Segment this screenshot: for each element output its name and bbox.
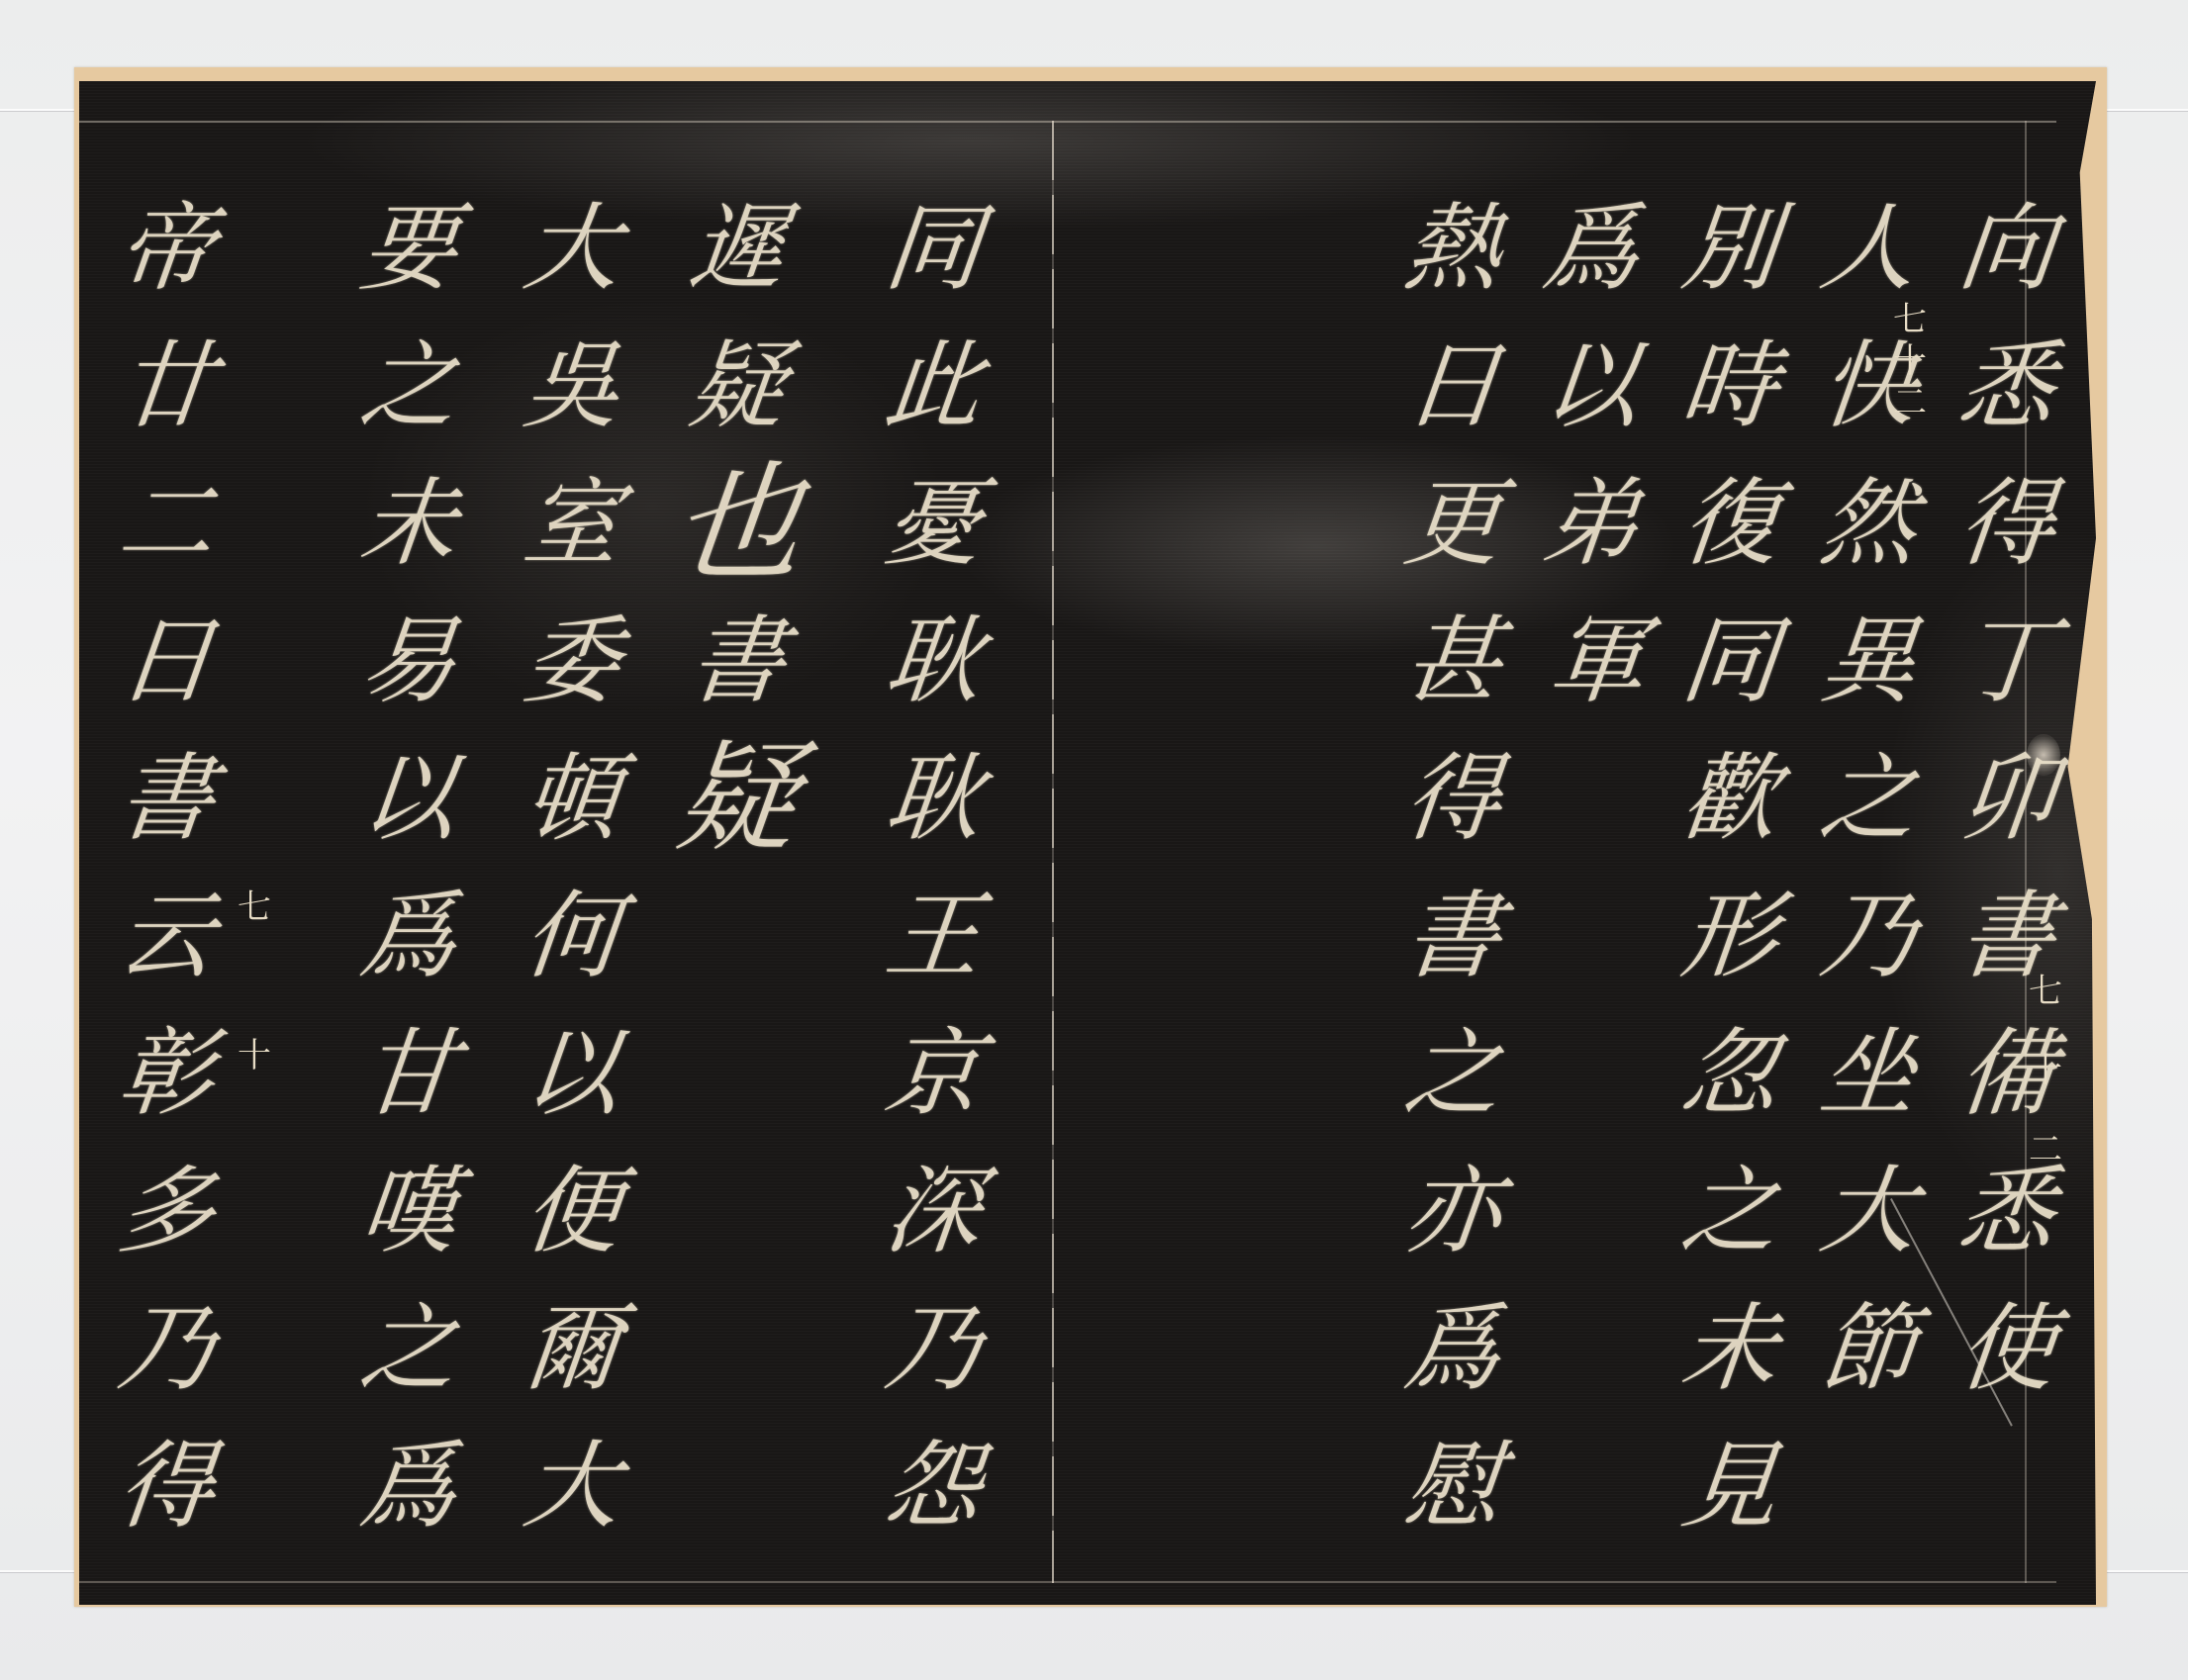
- character: 丁: [1952, 593, 2062, 730]
- character: 爲: [354, 868, 464, 1005]
- character: 深: [879, 1143, 989, 1280]
- character: 復: [1675, 455, 1785, 593]
- character: 同: [1675, 593, 1785, 730]
- character: 之: [354, 1280, 464, 1418]
- character: 何: [518, 868, 627, 1005]
- character: 爲: [1398, 1280, 1508, 1418]
- numeral: 七: [1893, 299, 1927, 340]
- character: 弟: [1537, 455, 1647, 593]
- character: 之: [1398, 1005, 1508, 1143]
- numeral: 十: [238, 981, 271, 1130]
- character: 軍: [1530, 593, 1652, 850]
- ink-rubbing-sheet: 向 悉 得 丁 卯 書 備 悉 使 人 快 然 異 之 乃 坐 大 節: [79, 81, 2096, 1605]
- character: 慰: [1398, 1418, 1508, 1555]
- character: 爲: [354, 1418, 464, 1555]
- character: 爲: [1537, 180, 1647, 318]
- character: 得: [112, 1418, 222, 1555]
- character: 忽: [1675, 1005, 1785, 1143]
- character: 書: [112, 730, 222, 868]
- character: 悉: [1952, 318, 2062, 455]
- numeral: 七: [238, 833, 271, 981]
- character: 然: [1814, 455, 1924, 593]
- character: 人: [1814, 180, 1924, 318]
- character: 別: [1675, 180, 1785, 318]
- character: 室: [518, 455, 627, 593]
- character: 以: [1537, 318, 1647, 455]
- text-column: 大 吳 室 委 頓 何 以 便 爾 大: [524, 180, 619, 1555]
- character: 嘆: [354, 1143, 464, 1280]
- character: 乃: [1814, 868, 1924, 1005]
- character: 大: [518, 180, 627, 318]
- character: 甚: [1398, 593, 1508, 730]
- character: 得: [1398, 730, 1508, 868]
- character: 要: [354, 180, 464, 318]
- character: 未: [354, 455, 464, 593]
- character: 日: [112, 593, 222, 730]
- character: 也: [666, 455, 809, 593]
- character: 大: [1814, 1143, 1924, 1280]
- character: 彰: [112, 1005, 222, 1143]
- character: 易: [354, 593, 464, 730]
- character: 頓: [518, 730, 627, 868]
- text-column: 要 之 未 易 以 爲 甘 嘆 之 爲: [361, 180, 456, 1555]
- character: 甘: [354, 1005, 464, 1143]
- character: 此: [879, 318, 989, 455]
- character: 亦: [1398, 1143, 1508, 1280]
- character: 遲: [683, 180, 793, 318]
- character: 怨: [879, 1418, 989, 1555]
- text-column: 帝 廿 二 日 書 云 彰 多 乃 得: [119, 180, 214, 1555]
- character: 吳: [518, 318, 627, 455]
- character: 坐: [1814, 1005, 1924, 1143]
- scan-stage: 向 悉 得 丁 卯 書 備 悉 使 人 快 然 異 之 乃 坐 大 節: [0, 0, 2188, 1680]
- character: 疑: [683, 318, 793, 455]
- inline-page-number: 七 十 二: [1893, 299, 1927, 423]
- character: 多: [112, 1143, 222, 1280]
- character: 之: [1675, 1143, 1785, 1280]
- character: 歡: [1675, 730, 1785, 868]
- character: 廿: [112, 318, 222, 455]
- character: 書: [1398, 868, 1508, 1005]
- character: 耿: [879, 593, 989, 730]
- character: 見: [1675, 1418, 1785, 1555]
- character: 時: [1675, 318, 1785, 455]
- character: 使: [1952, 1280, 2062, 1418]
- text-column: 爲 以 弟 軍: [1544, 180, 1639, 850]
- numeral: 七: [2029, 952, 2062, 1031]
- text-column: 熱 日 更 甚 得 書 之 亦 爲 慰: [1405, 180, 1500, 1555]
- character: 以: [518, 1005, 627, 1143]
- character: 便: [518, 1143, 627, 1280]
- character: 王: [879, 868, 989, 1005]
- character: 二: [112, 455, 222, 593]
- character: 帝: [112, 180, 222, 318]
- text-column: 同 此 憂 耿 耿 王 京 深 乃 怨: [886, 180, 981, 1555]
- numeral: 二: [1893, 382, 1927, 423]
- character: 京: [879, 1005, 989, 1143]
- right-page: 向 悉 得 丁 卯 書 備 悉 使 人 快 然 異 之 乃 坐 大 節: [1054, 81, 2096, 1605]
- character: 卯: [1952, 730, 2062, 868]
- text-column: 向 悉 得 丁 卯 書 備 悉 使: [1959, 180, 2054, 1418]
- character: 爾: [518, 1280, 627, 1418]
- character: 向: [1952, 180, 2062, 318]
- character: 委: [518, 593, 627, 730]
- character: 節: [1814, 1280, 1924, 1418]
- character: 乃: [879, 1280, 989, 1418]
- character: 未: [1675, 1280, 1785, 1418]
- character: 熱: [1398, 180, 1508, 318]
- character: 以: [354, 730, 464, 868]
- character: 大: [518, 1418, 627, 1555]
- character: 之: [1814, 730, 1924, 868]
- character: 乃: [112, 1280, 222, 1418]
- character: 憂: [879, 455, 989, 593]
- character: 同: [879, 180, 989, 318]
- numeral: 二: [2029, 1110, 2062, 1189]
- left-page: 同 此 憂 耿 耿 王 京 深 乃 怨 遲 疑 也 書 疑 大 吳 室: [79, 81, 1052, 1605]
- character: 形: [1675, 868, 1785, 1005]
- character: 云: [112, 868, 222, 1005]
- character: 異: [1814, 593, 1924, 730]
- character: 耿: [879, 730, 989, 868]
- numeral: 十: [2029, 1031, 2062, 1110]
- margin-page-number: 七 十 二: [2029, 952, 2062, 1189]
- character: 之: [354, 318, 464, 455]
- character: 疑: [671, 730, 805, 868]
- numeral: 十: [1893, 340, 1927, 382]
- text-column: 別 時 復 同 歡 形 忽 之 未 見: [1682, 180, 1777, 1555]
- text-column: 遲 疑 也 書 疑: [673, 180, 802, 868]
- inline-page-number: 七 十: [238, 833, 271, 1130]
- character: 日: [1398, 318, 1508, 455]
- character: 更: [1398, 455, 1508, 593]
- character: 得: [1952, 455, 2062, 593]
- character: 書: [683, 593, 793, 730]
